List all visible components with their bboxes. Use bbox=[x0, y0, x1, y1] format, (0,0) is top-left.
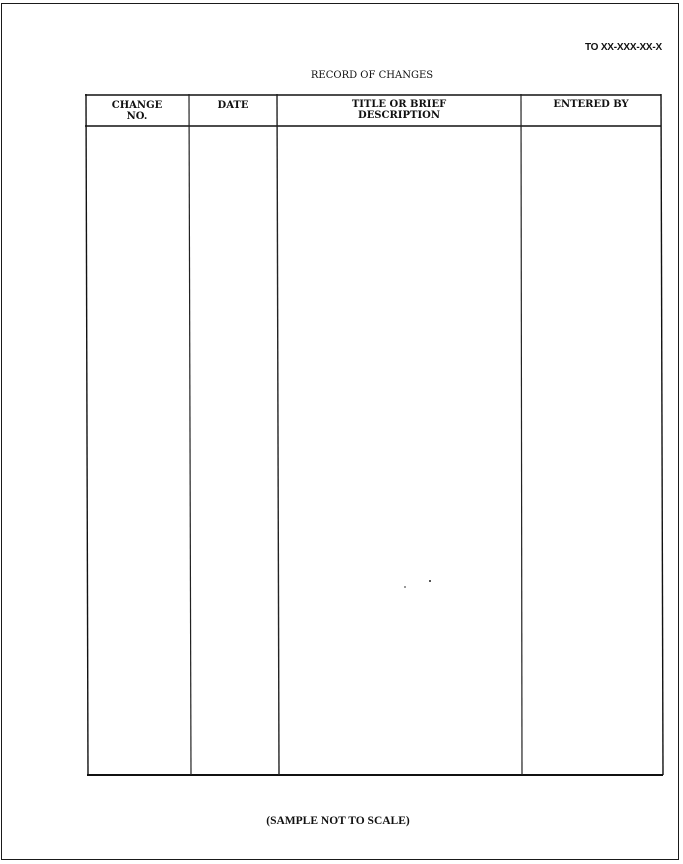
technical-order-number: TO XX-XXX-XX-X bbox=[542, 42, 662, 53]
scan-speck bbox=[429, 580, 431, 582]
column-header-entered-by: ENTERED BY bbox=[521, 99, 661, 110]
document-page: TO XX-XXX-XX-X RECORD OF CHANGES CHANGE … bbox=[1, 3, 679, 860]
scan-speck bbox=[404, 586, 406, 588]
column-header-change-no: CHANGE NO. bbox=[85, 100, 189, 122]
footer-note: (SAMPLE NOT TO SCALE) bbox=[202, 815, 474, 827]
column-header-title-description: TITLE OR BRIEF DESCRIPTION bbox=[277, 99, 521, 121]
table-grid-lines bbox=[85, 94, 665, 780]
column-header-date: DATE bbox=[189, 100, 277, 111]
page-title: RECORD OF CHANGES bbox=[222, 70, 522, 81]
